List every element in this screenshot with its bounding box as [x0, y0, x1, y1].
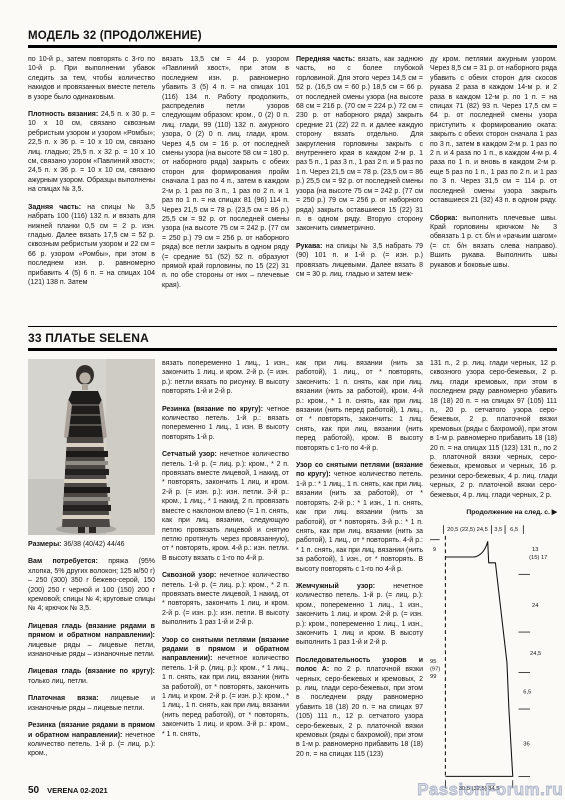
paragraph-text: пряжа (95% хлопка, 5% других волокон; 12… [28, 558, 155, 612]
paragraph-text: нечетное количество петель. 1-й р. (= ли… [296, 583, 423, 646]
watermark: PassionForum.ru [417, 780, 563, 800]
paragraph-text: лицевые ряды – лицевые петли, изнаночные… [28, 642, 155, 658]
measurement-top-shoulder: 3,5 [494, 527, 502, 533]
paragraph-head: Сквозной узор: [162, 572, 216, 579]
selena-column-4: 131 п., 2 р. лиц. глади черных, 12 р. ск… [430, 359, 557, 795]
paragraph-text: как при лиц. вязании (нить за работой), … [296, 360, 423, 452]
dress-schematic: 20,5 (22,5) 24,5 3,5 6,5 9 95 (97) 99 [430, 518, 557, 795]
page-number: 50 [28, 785, 39, 796]
paragraph-head: Рукава: [296, 243, 322, 250]
paragraph-text: 36/38 (40/42) 44/46 [62, 541, 125, 548]
paragraph-text: вязать, как заднюю часть, но с более глу… [296, 56, 423, 232]
paragraph-head: Резинка (вязание по кругу): [162, 406, 263, 413]
measurement-top-width: 20,5 (22,5) 24,5 [447, 527, 488, 533]
measurement-right-1b: (15) 17 [529, 555, 547, 561]
paragraph-head: Платочная вязка: [28, 695, 99, 702]
model32-column-3: Передняя часть: вязать, как заднюю часть… [296, 55, 423, 321]
model32-column-1: по 10-й р., затем повторять с 3-го по 10… [28, 55, 155, 321]
paragraph-text: нечетное количество петель. 1-й р. (= ли… [162, 572, 289, 626]
measurement-top-neck: 6,5 [510, 527, 518, 533]
paragraph-head: Лицевая гладь (вязание рядами в прямом и… [28, 623, 155, 639]
paragraph-text: только лиц. петли. [28, 678, 88, 685]
magazine-page: МОДЕЛЬ 32 (ПРОДОЛЖЕНИЕ) по 10-й р., зате… [0, 0, 565, 800]
paragraph-head: Сетчатый узор: [162, 451, 217, 458]
paragraph-text: 24,5 п. х 30 р. = 10 х 10 см, связано ск… [28, 111, 155, 193]
section-title-selena: 33 ПЛАТЬЕ SELENA [28, 331, 557, 351]
measurement-left-total-c: 99 [430, 674, 436, 680]
magazine-name: VERENA 02-2021 [47, 786, 108, 795]
paragraph-text: четное количество петель. 1-й р.: * 1 ли… [296, 471, 423, 572]
paragraph-head: Размеры: [28, 541, 62, 548]
model32-columns: по 10-й р., затем повторять с 3-го по 10… [28, 55, 557, 321]
figure-face [79, 372, 90, 383]
measurement-left-top: 9 [433, 547, 436, 553]
measurement-right-4: 6,5 [523, 690, 531, 696]
selena-column-2: вязать попеременно 1 лиц., 1 изн., закон… [162, 359, 289, 795]
paragraph-text: вязать попеременно 1 лиц., 1 изн., закон… [162, 360, 289, 395]
selena-column-1: Размеры: 36/38 (40/42) 44/46 Вам потребу… [28, 359, 155, 795]
paragraph-head: Задняя часть: [28, 204, 81, 211]
paragraph-text: нечетное количество петель. 1-й р. (лиц.… [162, 655, 289, 737]
measurement-right-2: 24 [532, 603, 539, 609]
section-title-model32: МОДЕЛЬ 32 (ПРОДОЛЖЕНИЕ) [28, 30, 557, 48]
paragraph-head: Передняя часть: [296, 56, 355, 63]
model32-column-4: ду кром. петлями ажурным узором. Через 8… [430, 55, 557, 321]
paragraph-text: на спицы № 3,5 набрать 100 (116) 132 п. … [28, 204, 155, 286]
selena-column-3: как при лиц. вязании (нить за работой), … [296, 359, 423, 795]
measurement-right-1a: 13 [532, 547, 538, 553]
model-photo [28, 359, 155, 535]
section-selena: 33 ПЛАТЬЕ SELENA [28, 326, 557, 351]
measurement-left-total-a: 95 [430, 659, 436, 665]
page-footer: 50 VERENA 02-2021 [28, 785, 108, 796]
measurement-right-5: 36 [523, 742, 529, 748]
paragraph-head: Жемчужный узор: [296, 583, 375, 590]
paragraph-head: Вам потребуется: [28, 558, 98, 565]
selena-columns: Размеры: 36/38 (40/42) 44/46 Вам потребу… [28, 359, 557, 795]
paragraph-text: выполнить плечевые швы. Край горловины к… [430, 215, 557, 269]
paragraph-text: по 2 р. платочной вязки черных, серо-беж… [296, 666, 423, 758]
piece-outline [445, 542, 512, 777]
model32-column-2: вязать 13,5 см = 44 р. узором «Павлиний … [162, 55, 289, 321]
continuation-note: Продолжение на след. с. ▶ [430, 508, 557, 516]
paragraph-head: Плотность вязания: [28, 111, 98, 118]
paragraph-text: ду кром. петлями ажурным узором. Через 8… [430, 56, 557, 204]
magazine-title: VERENA 02-2021 [47, 786, 108, 795]
paragraph-head: Лицевая гладь (вязание по кругу): [28, 668, 155, 675]
paragraph-head: Сборка: [430, 215, 458, 222]
paragraph-text: нечетное количество петель. 1-й р. (= ли… [162, 451, 289, 561]
measurement-right-3: 24,5 [530, 651, 541, 657]
paragraph-text: вязать 13,5 см = 44 р. узором «Павлиний … [162, 56, 289, 289]
measurement-left-total-b: (97) [430, 667, 440, 673]
paragraph-text: 131 п., 2 р. лиц. глади черных, 12 р. ск… [430, 360, 557, 499]
paragraph-text: по 10-й р., затем повторять с 3-го по 10… [28, 56, 155, 101]
